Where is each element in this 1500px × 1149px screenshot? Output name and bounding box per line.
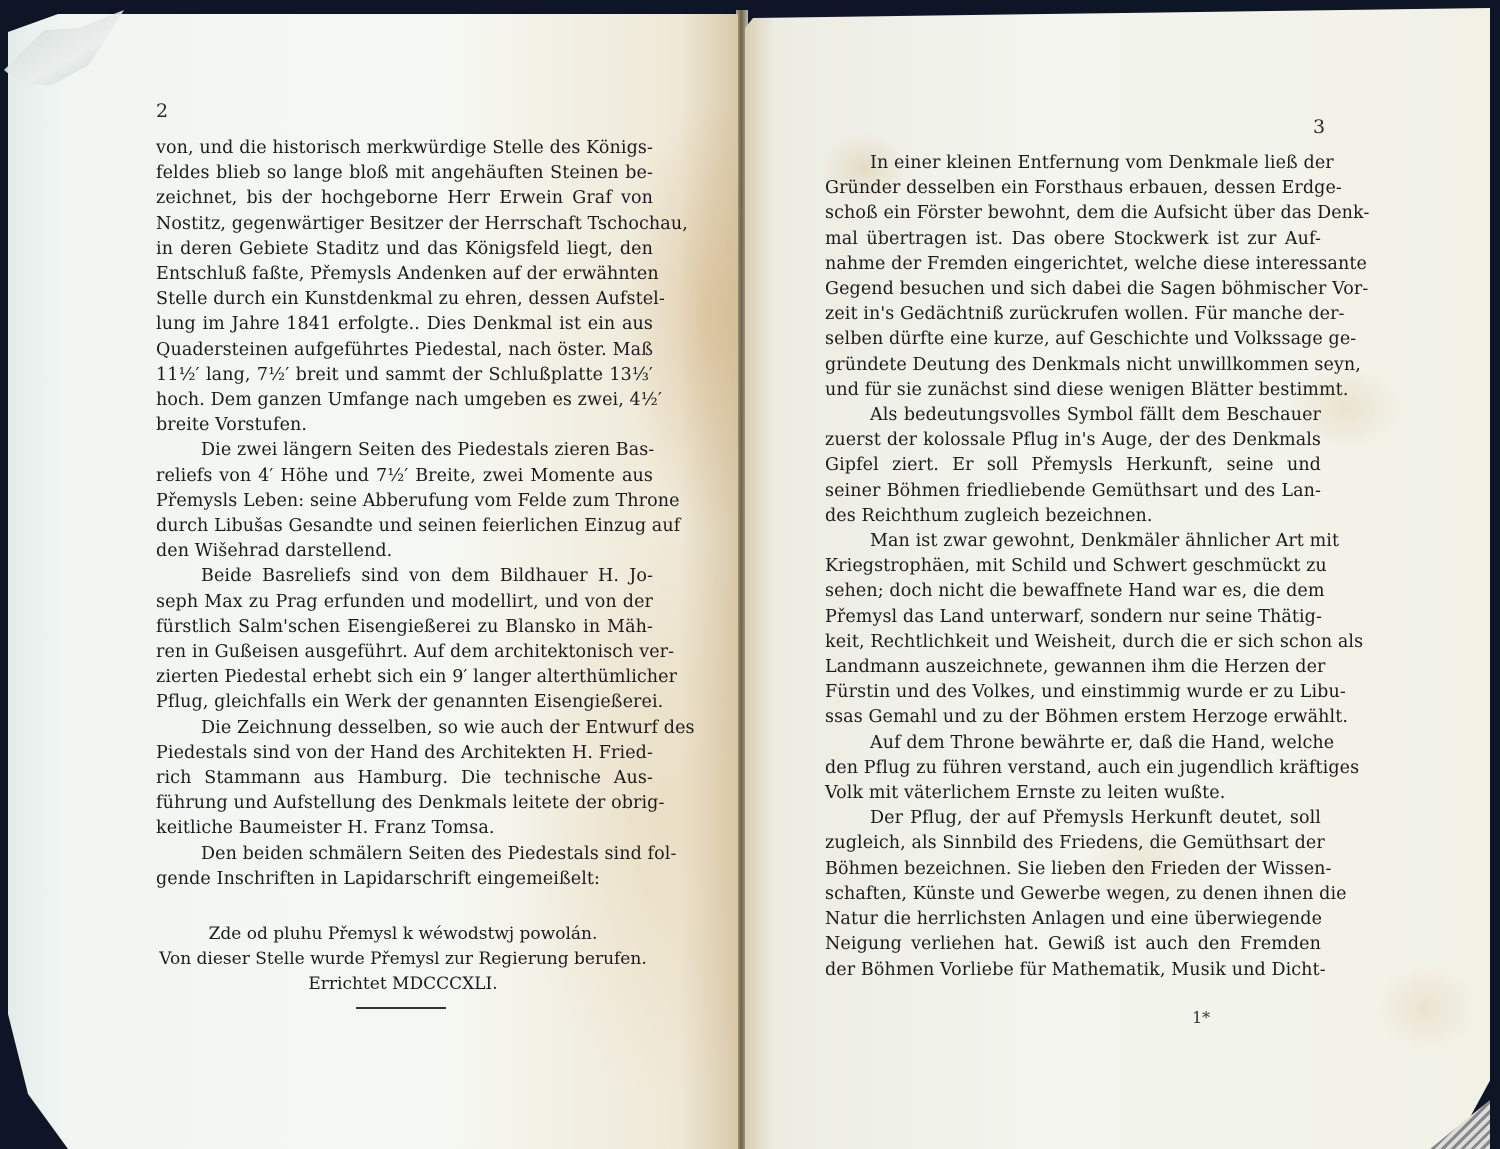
text-line: Den beiden schmälern Seiten des Piedesta… — [156, 842, 653, 867]
text-line: Pflug, gleichfalls ein Werk der genannte… — [156, 690, 653, 715]
inscription-line: Errichtet MDCCCXLI. — [148, 972, 658, 997]
inscription-block: Zde od pluhu Přemysl k wéwodstwj powolán… — [148, 922, 658, 997]
page-number-left: 2 — [156, 100, 168, 122]
text-line: selben dürfte eine kurze, auf Geschichte… — [825, 327, 1321, 352]
text-line: Quadersteinen aufgeführtes Piedestal, na… — [156, 338, 653, 363]
text-line: Přemysl das Land unterwarf, sondern nur … — [825, 605, 1321, 630]
text-line: gende Inschriften in Lapidarschrift eing… — [156, 867, 653, 892]
text-line: den Pflug zu führen verstand, auch ein j… — [825, 756, 1321, 781]
text-line: Beide Basreliefs sind von dem Bildhauer … — [156, 564, 653, 589]
text-line: zeit in's Gedächtniß zurückrufen wollen.… — [825, 302, 1321, 327]
text-line: Fürstin und des Volkes, und einstimmig w… — [825, 680, 1321, 705]
left-page-body: von, und die historisch merkwürdige Stel… — [156, 136, 653, 892]
text-line: keit, Rechtlichkeit und Weisheit, durch … — [825, 630, 1321, 655]
inscription-line: Zde od pluhu Přemysl k wéwodstwj powolán… — [148, 922, 658, 947]
text-line: Gründer desselben ein Forsthaus erbauen,… — [825, 176, 1321, 201]
text-line: lung im Jahre 1841 erfolgte.. Dies Denkm… — [156, 312, 653, 337]
text-line: schaften, Künste und Gewerbe wegen, zu d… — [825, 882, 1321, 907]
text-line: Přemysls Leben: seine Abberufung vom Fel… — [156, 489, 653, 514]
text-line: Die zwei längern Seiten des Piedestals z… — [156, 438, 653, 463]
text-line: hoch. Dem ganzen Umfange nach umgeben es… — [156, 388, 653, 413]
right-page-body: In einer kleinen Entfernung vom Denkmale… — [825, 151, 1321, 983]
text-line: Die Zeichnung desselben, so wie auch der… — [156, 716, 653, 741]
inscription-line: Von dieser Stelle wurde Přemysl zur Regi… — [148, 947, 658, 972]
text-line: ren in Gußeisen ausgeführt. Auf dem arch… — [156, 640, 653, 665]
text-line: breite Vorstufen. — [156, 413, 653, 438]
text-line: Entschluß faßte, Přemysls Andenken auf d… — [156, 262, 653, 287]
left-page: 2 von, und die historisch merkwürdige St… — [8, 14, 738, 1149]
text-line: Natur die herrlichsten Anlagen und eine … — [825, 907, 1321, 932]
text-line: feldes blieb so lange bloß mit angehäuft… — [156, 161, 653, 186]
text-line: gründete Deutung des Denkmals nicht unwi… — [825, 353, 1321, 378]
text-line: zugleich, als Sinnbild des Friedens, die… — [825, 831, 1321, 856]
text-line: Volk mit väterlichem Ernste zu leiten wu… — [825, 781, 1321, 806]
text-line: In einer kleinen Entfernung vom Denkmale… — [825, 151, 1321, 176]
text-line: durch Libušas Gesandte und seinen feierl… — [156, 514, 653, 539]
text-line: nahme der Fremden eingerichtet, welche d… — [825, 252, 1321, 277]
text-line: Böhmen bezeichnen. Sie lieben den Friede… — [825, 857, 1321, 882]
text-line: Neigung verliehen hat. Gewiß ist auch de… — [825, 932, 1321, 957]
text-line: ssas Gemahl und zu der Böhmen erstem Her… — [825, 705, 1321, 730]
text-line: fürstlich Salm'schen Eisengießerei zu Bl… — [156, 615, 653, 640]
text-line: schoß ein Förster bewohnt, dem die Aufsi… — [825, 201, 1321, 226]
text-line: Nostitz, gegenwärtiger Besitzer der Herr… — [156, 212, 653, 237]
right-page: 3 In einer kleinen Entfernung vom Denkma… — [745, 8, 1490, 1149]
text-line: in deren Gebiete Staditz und das Königsf… — [156, 237, 653, 262]
text-line: Landmann auszeichnete, gewannen ihm die … — [825, 655, 1321, 680]
text-line: Gegend besuchen und sich dabei die Sagen… — [825, 277, 1321, 302]
text-line: zeichnet, bis der hochgeborne Herr Erwei… — [156, 186, 653, 211]
text-line: zierten Piedestal erhebt sich ein 9′ lan… — [156, 665, 653, 690]
page-number-right: 3 — [1313, 116, 1325, 138]
text-line: Piedestals sind von der Hand des Archite… — [156, 741, 653, 766]
text-line: von, und die historisch merkwürdige Stel… — [156, 136, 653, 161]
text-line: sehen; doch nicht die bewaffnete Hand wa… — [825, 579, 1321, 604]
text-line: Gipfel ziert. Er soll Přemysls Herkunft,… — [825, 453, 1321, 478]
text-line: rich Stammann aus Hamburg. Die technisch… — [156, 766, 653, 791]
text-line: und für sie zunächst sind diese wenigen … — [825, 378, 1321, 403]
text-line: Kriegstrophäen, mit Schild und Schwert g… — [825, 554, 1321, 579]
text-line: den Wišehrad darstellend. — [156, 539, 653, 564]
text-line: 11½′ lang, 7½′ breit und sammt der Schlu… — [156, 363, 653, 388]
text-line: Stelle durch ein Kunstdenkmal zu ehren, … — [156, 287, 653, 312]
text-line: Auf dem Throne bewährte er, daß die Hand… — [825, 731, 1321, 756]
closing-rule — [356, 1007, 446, 1009]
text-line: keitliche Baumeister H. Franz Tomsa. — [156, 816, 653, 841]
text-line: mal übertragen ist. Das obere Stockwerk … — [825, 227, 1321, 252]
text-line: seph Max zu Prag erfunden und modellirt,… — [156, 590, 653, 615]
text-line: Man ist zwar gewohnt, Denkmäler ähnliche… — [825, 529, 1321, 554]
text-line: reliefs von 4′ Höhe und 7½′ Breite, zwei… — [156, 464, 653, 489]
text-line: der Böhmen Vorliebe für Mathematik, Musi… — [825, 958, 1321, 983]
text-line: des Reichthum zugleich bezeichnen. — [825, 504, 1321, 529]
signature-mark: 1* — [1192, 1008, 1210, 1027]
text-line: Als bedeutungsvolles Symbol fällt dem Be… — [825, 403, 1321, 428]
text-line: seiner Böhmen friedliebende Gemüthsart u… — [825, 479, 1321, 504]
text-line: zuerst der kolossale Pflug in's Auge, de… — [825, 428, 1321, 453]
text-line: führung und Aufstellung des Denkmals lei… — [156, 791, 653, 816]
text-line: Der Pflug, der auf Přemysls Herkunft deu… — [825, 806, 1321, 831]
